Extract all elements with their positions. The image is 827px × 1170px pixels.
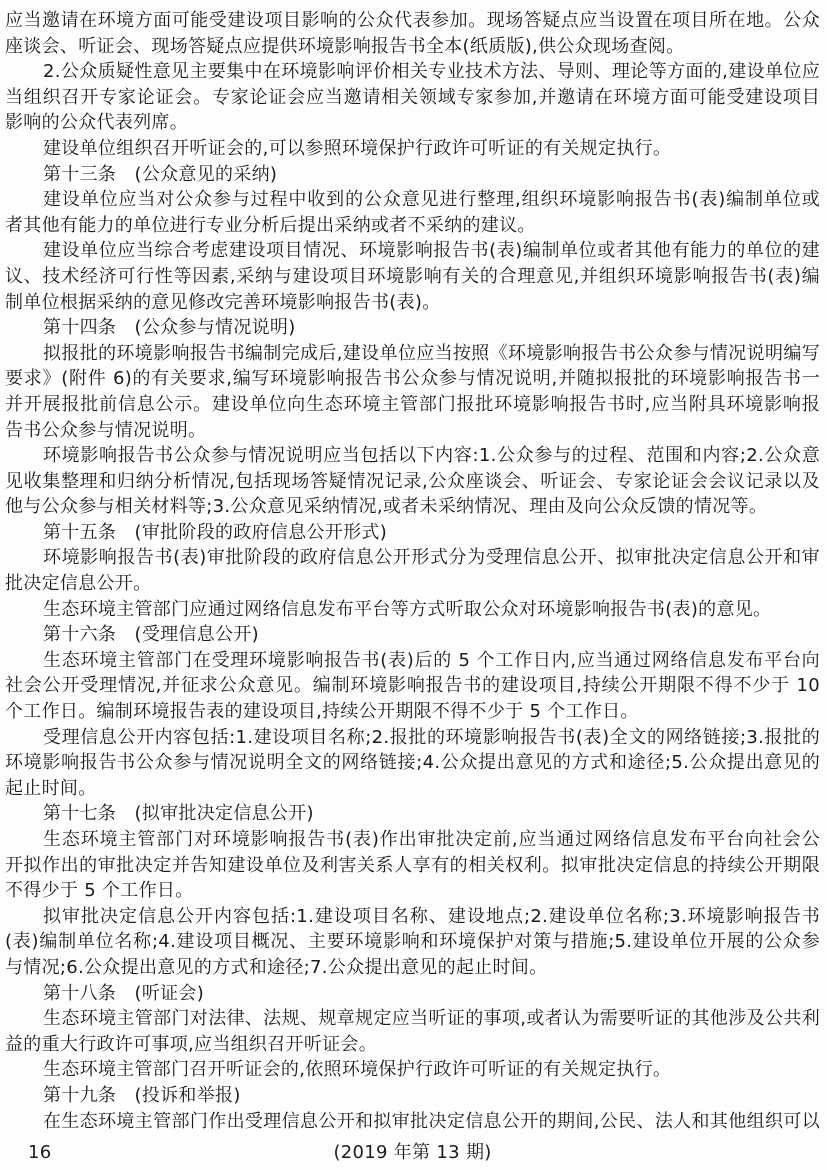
text-line: 批决定信息公开。	[5, 571, 820, 597]
text-line: 拟审批决定信息公开内容包括:1.建设项目名称、建设地点;2.建设单位名称;3.环…	[5, 904, 820, 930]
text-line: 开拟作出的审批决定并告知建设单位及利害关系人享有的相关权利。拟审批决定信息的持续…	[5, 853, 820, 879]
text-line: 在生态环境主管部门作出受理信息公开和拟审批决定信息公开的期间,公民、法人和其他组…	[5, 1109, 820, 1135]
text-line: 当组织召开专家论证会。专家论证会应当邀请相关领域专家参加,并邀请在环境方面可能受…	[5, 85, 820, 111]
text-line: 生态环境主管部门召开听证会的,依照环境保护行政许可听证的有关规定执行。	[5, 1057, 820, 1083]
text-line: 环境影响报告书公众参与情况说明全文的网络链接;4.公众提出意见的方式和途径;5.…	[5, 750, 820, 776]
article-heading: 第十三条 (公众意见的采纳)	[5, 162, 820, 188]
text-line: 应当邀请在环境方面可能受建设项目影响的公众代表参加。现场答疑点应当设置在项目所在…	[5, 8, 820, 34]
text-line: 环境影响报告书公众参与情况说明应当包括以下内容:1.公众参与的过程、范围和内容;…	[5, 443, 820, 469]
text-line: 个工作日。编制环境报告表的建设项目,持续公开期限不得不少于 5 个工作日。	[5, 699, 820, 725]
text-line: 与情况;6.公众提出意见的方式和途径;7.公众提出意见的起止时间。	[5, 955, 820, 981]
text-line: 生态环境主管部门在受理环境影响报告书(表)后的 5 个工作日内,应当通过网络信息…	[5, 648, 820, 674]
text-line: 建设单位应当综合考虑建设项目情况、环境影响报告书(表)编制单位或者其他有能力的单…	[5, 238, 820, 264]
article-heading: 第十六条 (受理信息公开)	[5, 622, 820, 648]
article-heading: 第十五条 (审批阶段的政府信息公开形式)	[5, 520, 820, 546]
text-line: 起止时间。	[5, 776, 820, 802]
article-heading: 第十四条 (公众参与情况说明)	[5, 315, 820, 341]
document-body: 应当邀请在环境方面可能受建设项目影响的公众代表参加。现场答疑点应当设置在项目所在…	[5, 8, 820, 1134]
text-line: 制单位根据采纳的意见修改完善环境影响报告书(表)。	[5, 290, 820, 316]
text-line: 2.公众质疑性意见主要集中在环境影响评价相关专业技术方法、导则、理论等方面的,建…	[5, 59, 820, 85]
text-line: 环境影响报告书(表)审批阶段的政府信息公开形式分为受理信息公开、拟审批决定信息公…	[5, 545, 820, 571]
article-heading: 第十七条 (拟审批决定信息公开)	[5, 801, 820, 827]
issue-label: (2019 年第 13 期)	[5, 1140, 820, 1166]
article-heading: 第十九条 (投诉和举报)	[5, 1083, 820, 1109]
text-line: 并开展报批前信息公示。建设单位向生态环境主管部门报批环境影响报告书时,应当附具环…	[5, 392, 820, 418]
text-line: 要求》(附件 6)的有关要求,编写环境影响报告书公众参与情况说明,并随拟报批的环…	[5, 366, 820, 392]
text-line: 影响的公众代表列席。	[5, 110, 820, 136]
text-line: 拟报批的环境影响报告书编制完成后,建设单位应当按照《环境影响报告书公众参与情况说…	[5, 341, 820, 367]
text-line: 见收集整理和归纳分析情况,包括现场答疑情况记录,公众座谈会、听证会、专家论证会会…	[5, 469, 820, 495]
text-line: 生态环境主管部门应通过网络信息发布平台等方式听取公众对环境影响报告书(表)的意见…	[5, 597, 820, 623]
text-line: (表)编制单位名称;4.建设项目概况、主要环境影响和环境保护对策与措施;5.建设…	[5, 929, 820, 955]
text-line: 座谈会、听证会、现场答疑点应提供环境影响报告书全本(纸质版),供公众现场查阅。	[5, 34, 820, 60]
text-line: 生态环境主管部门对环境影响报告书(表)作出审批决定前,应当通过网络信息发布平台向…	[5, 827, 820, 853]
article-heading: 第十八条 (听证会)	[5, 981, 820, 1007]
text-line: 受理信息公开内容包括:1.建设项目名称;2.报批的环境影响报告书(表)全文的网络…	[5, 725, 820, 751]
text-line: 不得少于 5 个工作日。	[5, 878, 820, 904]
text-line: 益的重大行政许可事项,应当组织召开听证会。	[5, 1032, 820, 1058]
text-line: 建设单位应当对公众参与过程中收到的公众意见进行整理,组织环境影响报告书(表)编制…	[5, 187, 820, 213]
document-page: 应当邀请在环境方面可能受建设项目影响的公众代表参加。现场答疑点应当设置在项目所在…	[0, 0, 827, 1170]
text-line: 社会公开受理情况,并征求公众意见。编制环境影响报告书的建设项目,持续公开期限不得…	[5, 673, 820, 699]
text-line: 生态环境主管部门对法律、法规、规章规定应当听证的事项,或者认为需要听证的其他涉及…	[5, 1006, 820, 1032]
page-footer: 16 (2019 年第 13 期)	[5, 1140, 820, 1166]
text-line: 告书公众参与情况说明。	[5, 418, 820, 444]
text-line: 议、技术经济可行性等因素,采纳与建设项目环境影响有关的合理意见,并组织环境影响报…	[5, 264, 820, 290]
text-line: 者其他有能力的单位进行专业分析后提出采纳或者不采纳的建议。	[5, 213, 820, 239]
text-line: 他与公众参与相关材料等;3.公众意见采纳情况,或者未采纳情况、理由及向公众反馈的…	[5, 494, 820, 520]
text-line: 建设单位组织召开听证会的,可以参照环境保护行政许可听证的有关规定执行。	[5, 136, 820, 162]
page-number: 16	[28, 1140, 52, 1166]
